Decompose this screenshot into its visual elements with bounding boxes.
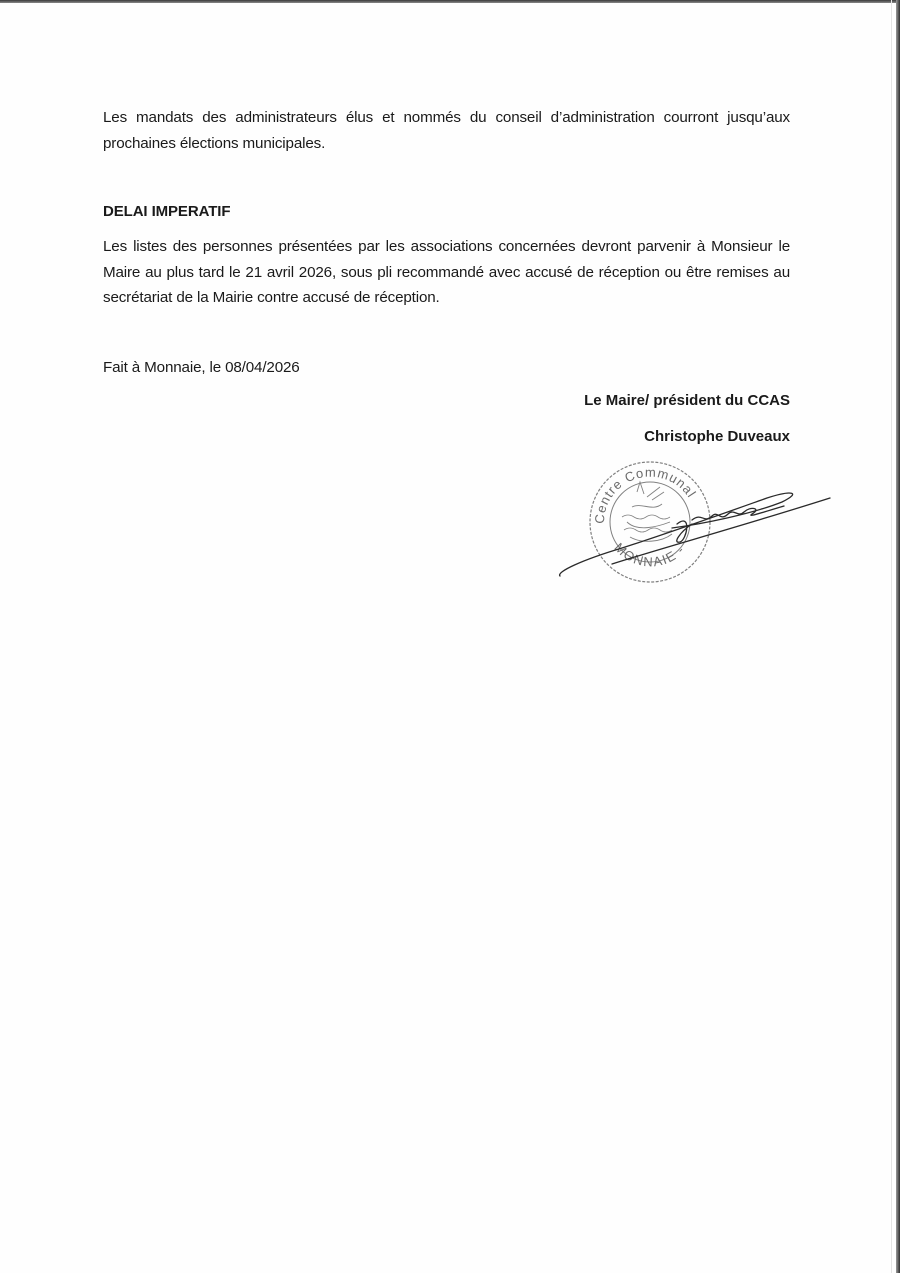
- mandates-paragraph: Les mandats des administrateurs élus et …: [103, 105, 790, 156]
- scan-edge-top: [0, 0, 900, 3]
- scan-edge-right-shadow: [891, 0, 892, 1273]
- stamp-and-signature: Centre Communal d'Action MONNAIE -: [552, 452, 837, 587]
- place-date: Fait à Monnaie, le 08/04/2026: [103, 355, 790, 381]
- official-stamp-icon: Centre Communal d'Action MONNAIE -: [552, 452, 837, 587]
- signatory-name: Christophe Duveaux: [644, 428, 790, 445]
- document-page: Les mandats des administrateurs élus et …: [0, 0, 900, 1273]
- signatory-title: Le Maire/ président du CCAS: [584, 392, 790, 409]
- svg-text:Centre Communal d'Action: Centre Communal d'Action: [552, 452, 702, 524]
- stamp-top-text: Centre Communal d'Action: [552, 452, 702, 524]
- deadline-paragraph: Les listes des personnes présentées par …: [103, 234, 790, 311]
- section-heading: DELAI IMPERATIF: [103, 203, 230, 220]
- scan-edge-right: [896, 0, 900, 1273]
